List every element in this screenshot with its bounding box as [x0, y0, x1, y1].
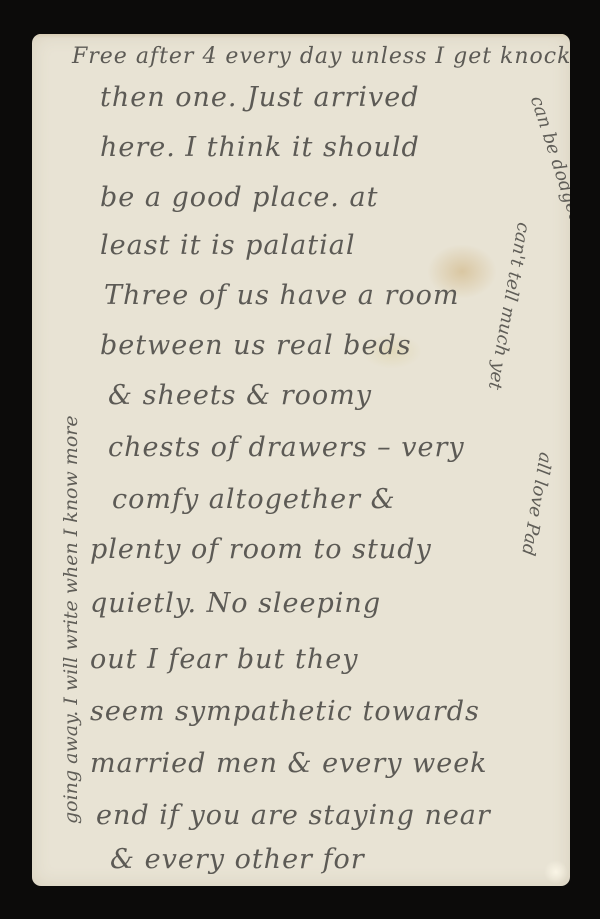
body-line-13: seem sympathetic towards — [90, 698, 480, 725]
worn-corner — [544, 860, 568, 884]
body-line-10: plenty of room to study — [90, 536, 432, 563]
left-margin-note: going away. I will write when I know mor… — [62, 415, 81, 824]
right-margin-note-1: can be dodged managed — [527, 94, 570, 312]
postcard: Free after 4 every day unless I get knoc… — [32, 34, 570, 886]
body-line-6: between us real beds — [100, 332, 412, 359]
body-line-8: chests of drawers – very — [108, 434, 465, 461]
body-line-12: out I fear but they — [90, 646, 358, 673]
body-line-2: here. I think it should — [100, 134, 420, 161]
right-margin-note-3: all love Pad — [518, 451, 554, 557]
body-line-11: quietly. No sleeping — [90, 590, 381, 617]
body-line-5: Three of us have a room — [104, 282, 460, 309]
header-line: Free after 4 every day unless I get knoc… — [72, 46, 570, 68]
body-line-14: married men & every week — [90, 750, 488, 777]
body-line-1: then one. Just arrived — [100, 84, 420, 111]
body-line-7: & sheets & roomy — [108, 382, 372, 409]
body-line-3: be a good place. at — [100, 184, 378, 211]
body-line-15: end if you are staying near — [96, 802, 491, 829]
body-line-16: & every other for — [110, 846, 365, 873]
right-margin-note-2: can't tell much yet — [485, 221, 532, 391]
body-line-4: least it is palatial — [100, 232, 355, 259]
body-line-9: comfy altogether & — [112, 486, 396, 513]
